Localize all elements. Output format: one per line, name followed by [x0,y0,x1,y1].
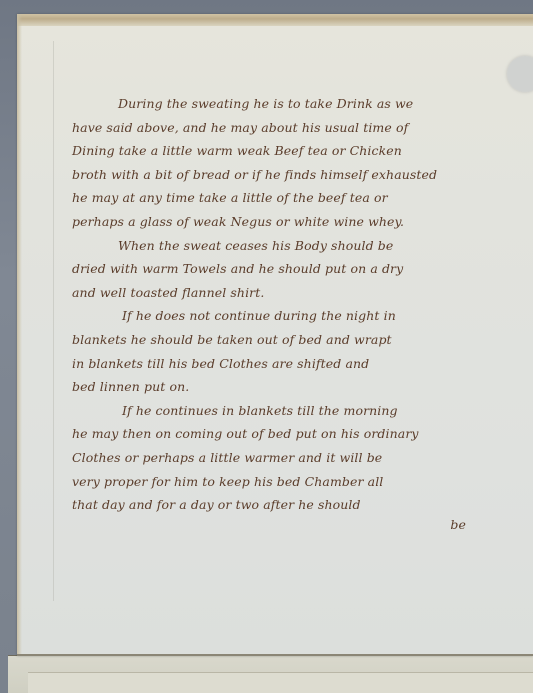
catchword: be [72,517,492,533]
underlying-page-edge-lower [28,672,533,693]
text-line: perhaps a glass of weak Negus or white w… [72,210,492,234]
text-line: When the sweat ceases his Body should be [72,234,492,258]
text-line: During the sweating he is to take Drink … [72,92,492,116]
handwritten-text: During the sweating he is to take Drink … [72,92,492,533]
page-top-edge-stain [17,14,533,26]
text-line: he may at any time take a little of the … [72,186,492,210]
text-line: Dining take a little warm weak Beef tea … [72,139,492,163]
text-line: broth with a bit of bread or if he finds… [72,163,492,187]
bottom-crease [17,654,533,656]
text-line: bed linnen put on. [72,375,492,399]
text-line: have said above, and he may about his us… [72,116,492,140]
text-line: very proper for him to keep his bed Cham… [72,470,492,494]
text-line: Clothes or perhaps a little warmer and i… [72,446,492,470]
text-line: If he does not continue during the night… [72,304,492,328]
text-line: in blankets till his bed Clothes are shi… [72,352,492,376]
text-line: blankets he should be taken out of bed a… [72,328,492,352]
text-line: If he continues in blankets till the mor… [72,399,492,423]
page-left-edge [17,14,22,656]
text-line: that day and for a day or two after he s… [72,493,492,517]
library-stamp-mark [507,56,533,92]
text-line: and well toasted flannel shirt. [72,281,492,305]
text-line: he may then on coming out of bed put on … [72,422,492,446]
text-line: dried with warm Towels and he should put… [72,257,492,281]
margin-fold-line [53,41,54,601]
